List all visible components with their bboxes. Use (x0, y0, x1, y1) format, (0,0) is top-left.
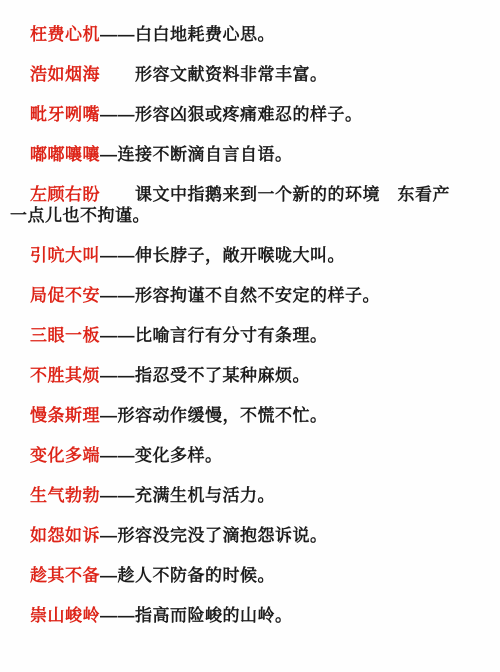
idiom-term: 浩如烟海 (30, 65, 100, 84)
definition-text: 形容没完没了滴抱怨诉说。 (118, 526, 328, 545)
idiom-term: 生气勃勃 (30, 486, 100, 505)
idiom-term: 如怨如诉 (30, 526, 100, 545)
glossary-entry: 崇山峻岭——指高而险峻的山岭。 (10, 605, 492, 626)
separator-dash (100, 185, 135, 204)
idiom-term: 毗牙咧嘴 (30, 105, 100, 124)
glossary-page: 枉费心机——白白地耗费心思。 浩如烟海 形容文献资料非常丰富。 毗牙咧嘴——形容… (0, 0, 500, 672)
idiom-term: 引吭大叫 (30, 246, 100, 265)
definition-text: 形容动作缓慢，不慌不忙。 (118, 406, 328, 425)
idiom-term: 不胜其烦 (30, 366, 100, 385)
glossary-entry: 嘟嘟嚷嚷—连接不断滴自言自语。 (10, 144, 492, 165)
separator-dash: —— (100, 25, 135, 44)
separator-dash: —— (100, 606, 135, 625)
glossary-entry: 左顾右盼 课文中指鹅来到一个新的的环境 东看产 一点儿也不拘谨。 (10, 184, 492, 226)
separator-dash: — (100, 145, 118, 164)
glossary-entry: 引吭大叫——伸长脖子，敞开喉咙大叫。 (10, 245, 492, 266)
glossary-entry: 如怨如诉—形容没完没了滴抱怨诉说。 (10, 525, 492, 546)
separator-dash: —— (100, 366, 135, 385)
glossary-entry: 毗牙咧嘴——形容凶狠或疼痛难忍的样子。 (10, 104, 492, 125)
idiom-term: 嘟嘟嚷嚷 (30, 145, 100, 164)
definition-text: 充满生机与活力。 (135, 486, 275, 505)
idiom-term: 变化多端 (30, 446, 100, 465)
glossary-list: 枉费心机——白白地耗费心思。 浩如烟海 形容文献资料非常丰富。 毗牙咧嘴——形容… (0, 0, 500, 626)
glossary-entry: 生气勃勃——充满生机与活力。 (10, 485, 492, 506)
definition-text: 伸长脖子，敞开喉咙大叫。 (135, 246, 345, 265)
separator-dash: —— (100, 446, 135, 465)
idiom-term: 左顾右盼 (30, 185, 100, 204)
idiom-term: 三眼一板 (30, 326, 100, 345)
definition-text: 指忍受不了某种麻烦。 (135, 366, 310, 385)
glossary-entry: 枉费心机——白白地耗费心思。 (10, 24, 492, 45)
idiom-term: 崇山峻岭 (30, 606, 100, 625)
separator-dash: —— (100, 105, 135, 124)
separator-dash: — (100, 406, 118, 425)
definition-text: 白白地耗费心思。 (135, 25, 275, 44)
definition-text: 形容凶狠或疼痛难忍的样子。 (135, 105, 363, 124)
glossary-entry: 变化多端——变化多样。 (10, 445, 492, 466)
definition-text: 变化多样。 (135, 446, 223, 465)
definition-text: 指高而险峻的山岭。 (135, 606, 293, 625)
idiom-term: 局促不安 (30, 286, 100, 305)
idiom-term: 枉费心机 (30, 25, 100, 44)
definition-text: 形容文献资料非常丰富。 (135, 65, 328, 84)
separator-dash: —— (100, 246, 135, 265)
idiom-term: 慢条斯理 (30, 406, 100, 425)
definition-text: 比喻言行有分寸有条理。 (135, 326, 328, 345)
glossary-entry: 趁其不备—趁人不防备的时候。 (10, 565, 492, 586)
separator-dash: —— (100, 286, 135, 305)
definition-text: 趁人不防备的时候。 (118, 566, 276, 585)
separator-dash (100, 65, 135, 84)
glossary-entry: 三眼一板——比喻言行有分寸有条理。 (10, 325, 492, 346)
glossary-entry: 不胜其烦——指忍受不了某种麻烦。 (10, 365, 492, 386)
glossary-entry: 浩如烟海 形容文献资料非常丰富。 (10, 64, 492, 85)
definition-text: 连接不断滴自言自语。 (118, 145, 293, 164)
glossary-entry: 慢条斯理—形容动作缓慢，不慌不忙。 (10, 405, 492, 426)
glossary-entry: 局促不安——形容拘谨不自然不安定的样子。 (10, 285, 492, 306)
definition-text: 形容拘谨不自然不安定的样子。 (135, 286, 380, 305)
separator-dash: —— (100, 326, 135, 345)
separator-dash: —— (100, 486, 135, 505)
separator-dash: — (100, 566, 118, 585)
idiom-term: 趁其不备 (30, 566, 100, 585)
separator-dash: — (100, 526, 118, 545)
